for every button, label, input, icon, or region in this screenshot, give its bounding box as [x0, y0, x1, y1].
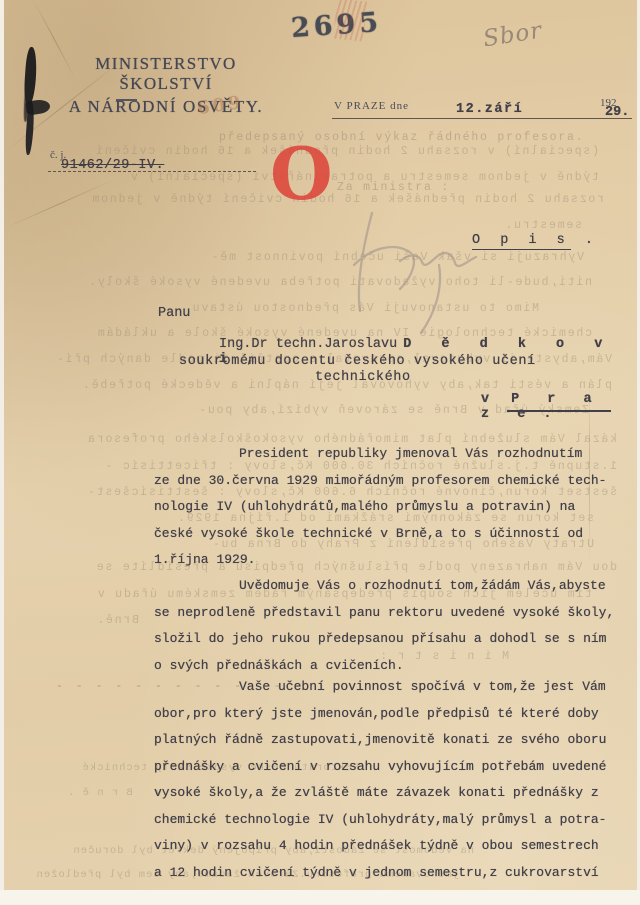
- copy-label-underlined: O p i s: [472, 233, 571, 250]
- letterhead: MINISTERSTVO ŠKOLSTVÍ A NÁRODNÍ OSVĚTY.: [46, 54, 286, 117]
- letterhead-line2: A NÁRODNÍ OSVĚTY.: [46, 97, 286, 117]
- bleedthrough-line: v B r n ě .: [22, 787, 162, 799]
- letterhead-line1: MINISTERSTVO ŠKOLSTVÍ: [46, 54, 286, 94]
- red-ink-smudge: [333, 0, 367, 41]
- addressee-line2: soukromému docentu českého vysokého učen…: [179, 354, 536, 369]
- pencil-signature: [342, 203, 492, 338]
- bleedthrough-line: niti,bude-li toho vyžadovati potřeba uve…: [32, 276, 592, 289]
- dateline-rule: [332, 118, 632, 119]
- bleedthrough-line: Vyhrazuji si však Vaši učební povinnost …: [64, 251, 584, 264]
- letterhead-rule: [116, 99, 137, 101]
- body-paragraph-3: Vaše učební povinnost spočívá v tom,že j…: [154, 674, 632, 886]
- typed-line: ze dne 30.června 1929 mimořádným profeso…: [154, 468, 632, 495]
- bleedthrough-line: Brně.: [59, 614, 139, 627]
- typed-line: složil do jeho rukou předepsanou přísahu…: [154, 626, 632, 653]
- bleedthrough-line: semestru.: [482, 219, 582, 232]
- typed-line: obor,pro který jste jmenován,podle předp…: [154, 701, 632, 728]
- typed-line: české vysoké škole technické v Brně,a to…: [154, 521, 632, 548]
- city-underline: [507, 410, 611, 412]
- reference-dotted-line: [48, 171, 256, 172]
- typed-line: President republiky jmenoval Vás rozhodn…: [154, 441, 632, 468]
- typed-line: platných řádně zastupovati,jmenovitě kon…: [154, 727, 632, 754]
- red-stamp-letter: O: [270, 138, 333, 210]
- copy-label-period: .: [571, 233, 599, 248]
- typed-line: viny) v rozsahu 4 hodin přednášek týdně …: [154, 833, 632, 860]
- addressee-titles: Ing.Dr techn.Jaroslavu: [219, 337, 397, 352]
- typed-line: přednášky a cvičení v rozsahu vyhovující…: [154, 754, 632, 781]
- body-paragraph-1: President republiky jmenoval Vás rozhodn…: [154, 441, 632, 574]
- city-line: vP r a z e .: [481, 392, 637, 422]
- body-paragraph-2: Uvědomuje Vás o rozhodnutí tom,žádám Vás…: [154, 573, 632, 679]
- city-prefix: v: [481, 392, 489, 407]
- typed-line: vysoké školy,a že zvláště máte závazek k…: [154, 780, 632, 807]
- document-page: předepsaný osobní výkaz řádného profesor…: [4, 0, 637, 890]
- addressee-line3: technického: [315, 370, 411, 385]
- typed-line: nologie IV (uhlohydrátů,malého průmyslu …: [154, 494, 632, 521]
- typed-line: se neprodleně představil panu rektoru uv…: [154, 600, 632, 627]
- copy-label: O p i s .: [472, 233, 599, 248]
- salutation: Panu: [158, 306, 190, 321]
- scan-edge-left: [0, 0, 4, 905]
- dateline-place-label: V PRAZE dne: [334, 100, 409, 112]
- typed-line: Uvědomuje Vás o rozhodnutí tom,žádám Vás…: [154, 573, 632, 600]
- typed-line: chemické technologie IV (uhlohydráty,mal…: [154, 807, 632, 834]
- typed-line: 1.října 1929.: [154, 547, 632, 574]
- typed-line: Vaše učební povinnost spočívá v tom,že j…: [154, 674, 632, 701]
- typed-date: 12.září: [456, 102, 523, 117]
- typed-line: a 12 hodin cvičení týdně v jednom semest…: [154, 860, 632, 887]
- scan-edge-bottom: [0, 890, 640, 905]
- typed-year: 29.: [605, 105, 629, 120]
